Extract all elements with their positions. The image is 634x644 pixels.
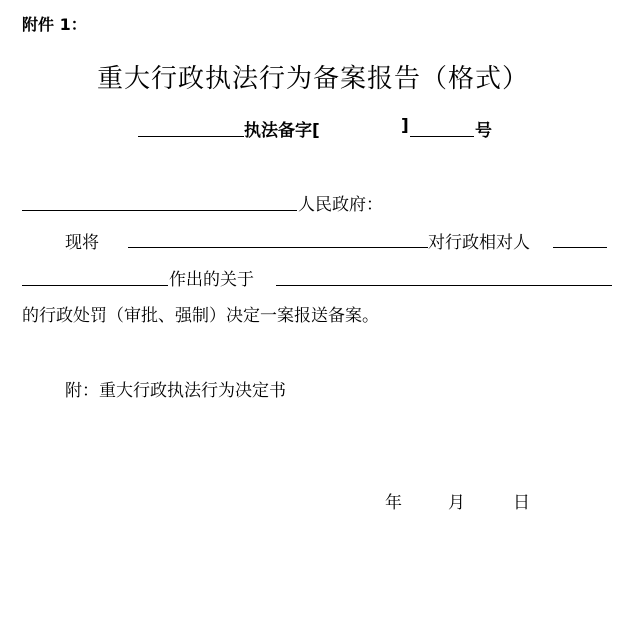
date-year: 年	[385, 488, 402, 513]
date-day: 日	[513, 488, 530, 513]
party-blank-1[interactable]	[553, 247, 607, 248]
filing-bracket-close: ]	[401, 116, 409, 136]
attachment-note: 附：重大行政执法行为决定书	[65, 376, 286, 401]
body-line2-middle: 作出的关于	[169, 265, 254, 290]
recipient-blank[interactable]	[22, 210, 297, 211]
filing-number-blank[interactable]	[410, 136, 474, 137]
document-title: 重大行政执法行为备案报告（格式）	[0, 58, 626, 95]
body-line1-prefix: 现将	[65, 228, 99, 253]
date-month: 月	[448, 488, 465, 513]
body-line3: 的行政处罚（审批、强制）决定一案报送备案。	[22, 301, 379, 326]
matter-blank[interactable]	[276, 285, 612, 286]
filing-prefix-blank[interactable]	[138, 136, 244, 137]
recipient-suffix: 人民政府：	[298, 190, 383, 215]
filing-suffix: 号	[475, 116, 492, 141]
agency-blank[interactable]	[128, 247, 428, 248]
party-blank-2[interactable]	[22, 285, 168, 286]
attachment-label: 附件 1：	[22, 12, 87, 35]
filing-label: 执法备字[	[244, 116, 320, 141]
body-line1-middle: 对行政相对人	[428, 228, 530, 253]
